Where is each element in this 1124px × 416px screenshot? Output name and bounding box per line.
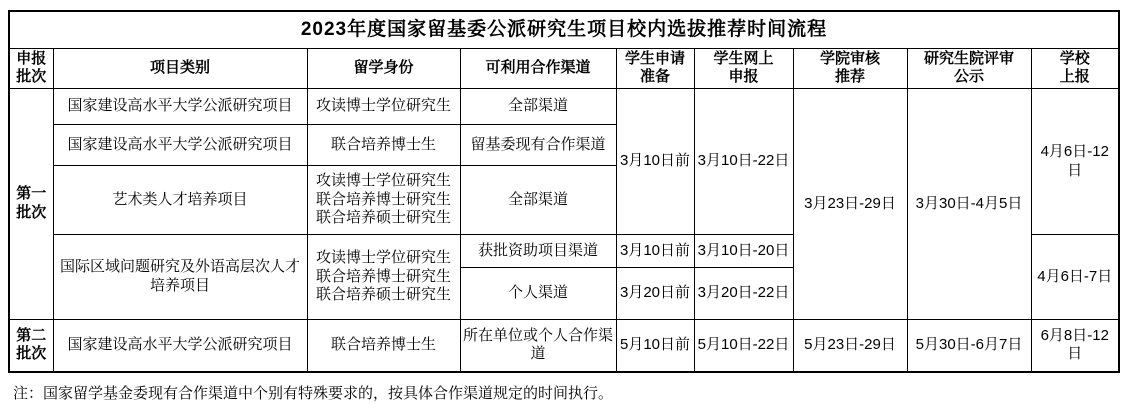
col-header-prep: 学生申请 准备 bbox=[616, 48, 694, 89]
table-title-row: 2023年度国家留基委公派研究生项目校内选拔推荐时间流程 bbox=[9, 11, 1119, 48]
col-header-channel: 可利用合作渠道 bbox=[460, 48, 616, 89]
row6-identity-cell: 联合培养博士生 bbox=[307, 320, 460, 372]
row2-project-cell: 国家建设高水平大学公派研究项目 bbox=[53, 125, 307, 166]
table-row: 第二 批次 国家建设高水平大学公派研究项目 联合培养博士生 所在单位或个人合作渠… bbox=[9, 320, 1119, 372]
page-title: 2023年度国家留基委公派研究生项目校内选拔推荐时间流程 bbox=[9, 11, 1119, 48]
row3-identity-cell: 攻读博士学位研究生 联合培养博士研究生 联合培养硕士研究生 bbox=[307, 166, 460, 235]
row4-prep-cell: 3月10日前 bbox=[616, 235, 694, 268]
rows45-identity-cell: 攻读博士学位研究生 联合培养博士研究生 联合培养硕士研究生 bbox=[307, 235, 460, 320]
batch1-label-cell: 第一 批次 bbox=[9, 89, 53, 320]
row1-identity-cell: 攻读博士学位研究生 bbox=[307, 89, 460, 125]
row6-project-cell: 国家建设高水平大学公派研究项目 bbox=[53, 320, 307, 372]
col-header-college-review: 学院审核 推荐 bbox=[793, 48, 907, 89]
row6-college-review-cell: 5月23日-29日 bbox=[793, 320, 907, 372]
row6-online-cell: 5月10日-22日 bbox=[694, 320, 793, 372]
col-header-project: 项目类别 bbox=[53, 48, 307, 89]
page-container: 2023年度国家留基委公派研究生项目校内选拔推荐时间流程 申报 批次 项目类别 … bbox=[0, 0, 1124, 403]
row2-channel-cell: 留基委现有合作渠道 bbox=[460, 125, 616, 166]
col-header-identity: 留学身份 bbox=[307, 48, 460, 89]
rows45-school-report-cell: 4月6日-7日 bbox=[1031, 235, 1119, 320]
row4-channel-cell: 获批资助项目渠道 bbox=[460, 235, 616, 268]
schedule-table: 2023年度国家留基委公派研究生项目校内选拔推荐时间流程 申报 批次 项目类别 … bbox=[8, 10, 1120, 373]
col-header-online: 学生网上 申报 bbox=[694, 48, 793, 89]
rows123-online-cell: 3月10日-22日 bbox=[694, 89, 793, 235]
row3-channel-cell: 全部渠道 bbox=[460, 166, 616, 235]
row5-prep-cell: 3月20日前 bbox=[616, 268, 694, 320]
batch1-college-review-cell: 3月23日-29日 bbox=[793, 89, 907, 320]
rows123-school-report-cell: 4月6日-12日 bbox=[1031, 89, 1119, 235]
row4-online-cell: 3月10日-20日 bbox=[694, 235, 793, 268]
col-header-school-report: 学校 上报 bbox=[1031, 48, 1119, 89]
row5-channel-cell: 个人渠道 bbox=[460, 268, 616, 320]
row1-project-cell: 国家建设高水平大学公派研究项目 bbox=[53, 89, 307, 125]
batch1-grad-review-cell: 3月30日-4月5日 bbox=[907, 89, 1031, 320]
row2-identity-cell: 联合培养博士生 bbox=[307, 125, 460, 166]
batch2-label-cell: 第二 批次 bbox=[9, 320, 53, 372]
row6-channel-cell: 所在单位或个人合作渠道 bbox=[460, 320, 616, 372]
row6-grad-review-cell: 5月30日-6月7日 bbox=[907, 320, 1031, 372]
footnote: 注：国家留学基金委现有合作渠道中个别有特殊要求的，按具体合作渠道规定的时间执行。 bbox=[13, 382, 1124, 403]
table-header-row: 申报 批次 项目类别 留学身份 可利用合作渠道 学生申请 准备 学生网上 申报 … bbox=[9, 48, 1119, 89]
rows45-project-cell: 国际区域问题研究及外语高层次人才培养项目 bbox=[53, 235, 307, 320]
row1-channel-cell: 全部渠道 bbox=[460, 89, 616, 125]
col-header-batch: 申报 批次 bbox=[9, 48, 53, 89]
row6-school-report-cell: 6月8日-12日 bbox=[1031, 320, 1119, 372]
row6-prep-cell: 5月10日前 bbox=[616, 320, 694, 372]
table-row: 第一 批次 国家建设高水平大学公派研究项目 攻读博士学位研究生 全部渠道 3月1… bbox=[9, 89, 1119, 125]
row5-online-cell: 3月20日-22日 bbox=[694, 268, 793, 320]
row3-project-cell: 艺术类人才培养项目 bbox=[53, 166, 307, 235]
rows123-prep-cell: 3月10日前 bbox=[616, 89, 694, 235]
col-header-grad-review: 研究生院评审 公示 bbox=[907, 48, 1031, 89]
